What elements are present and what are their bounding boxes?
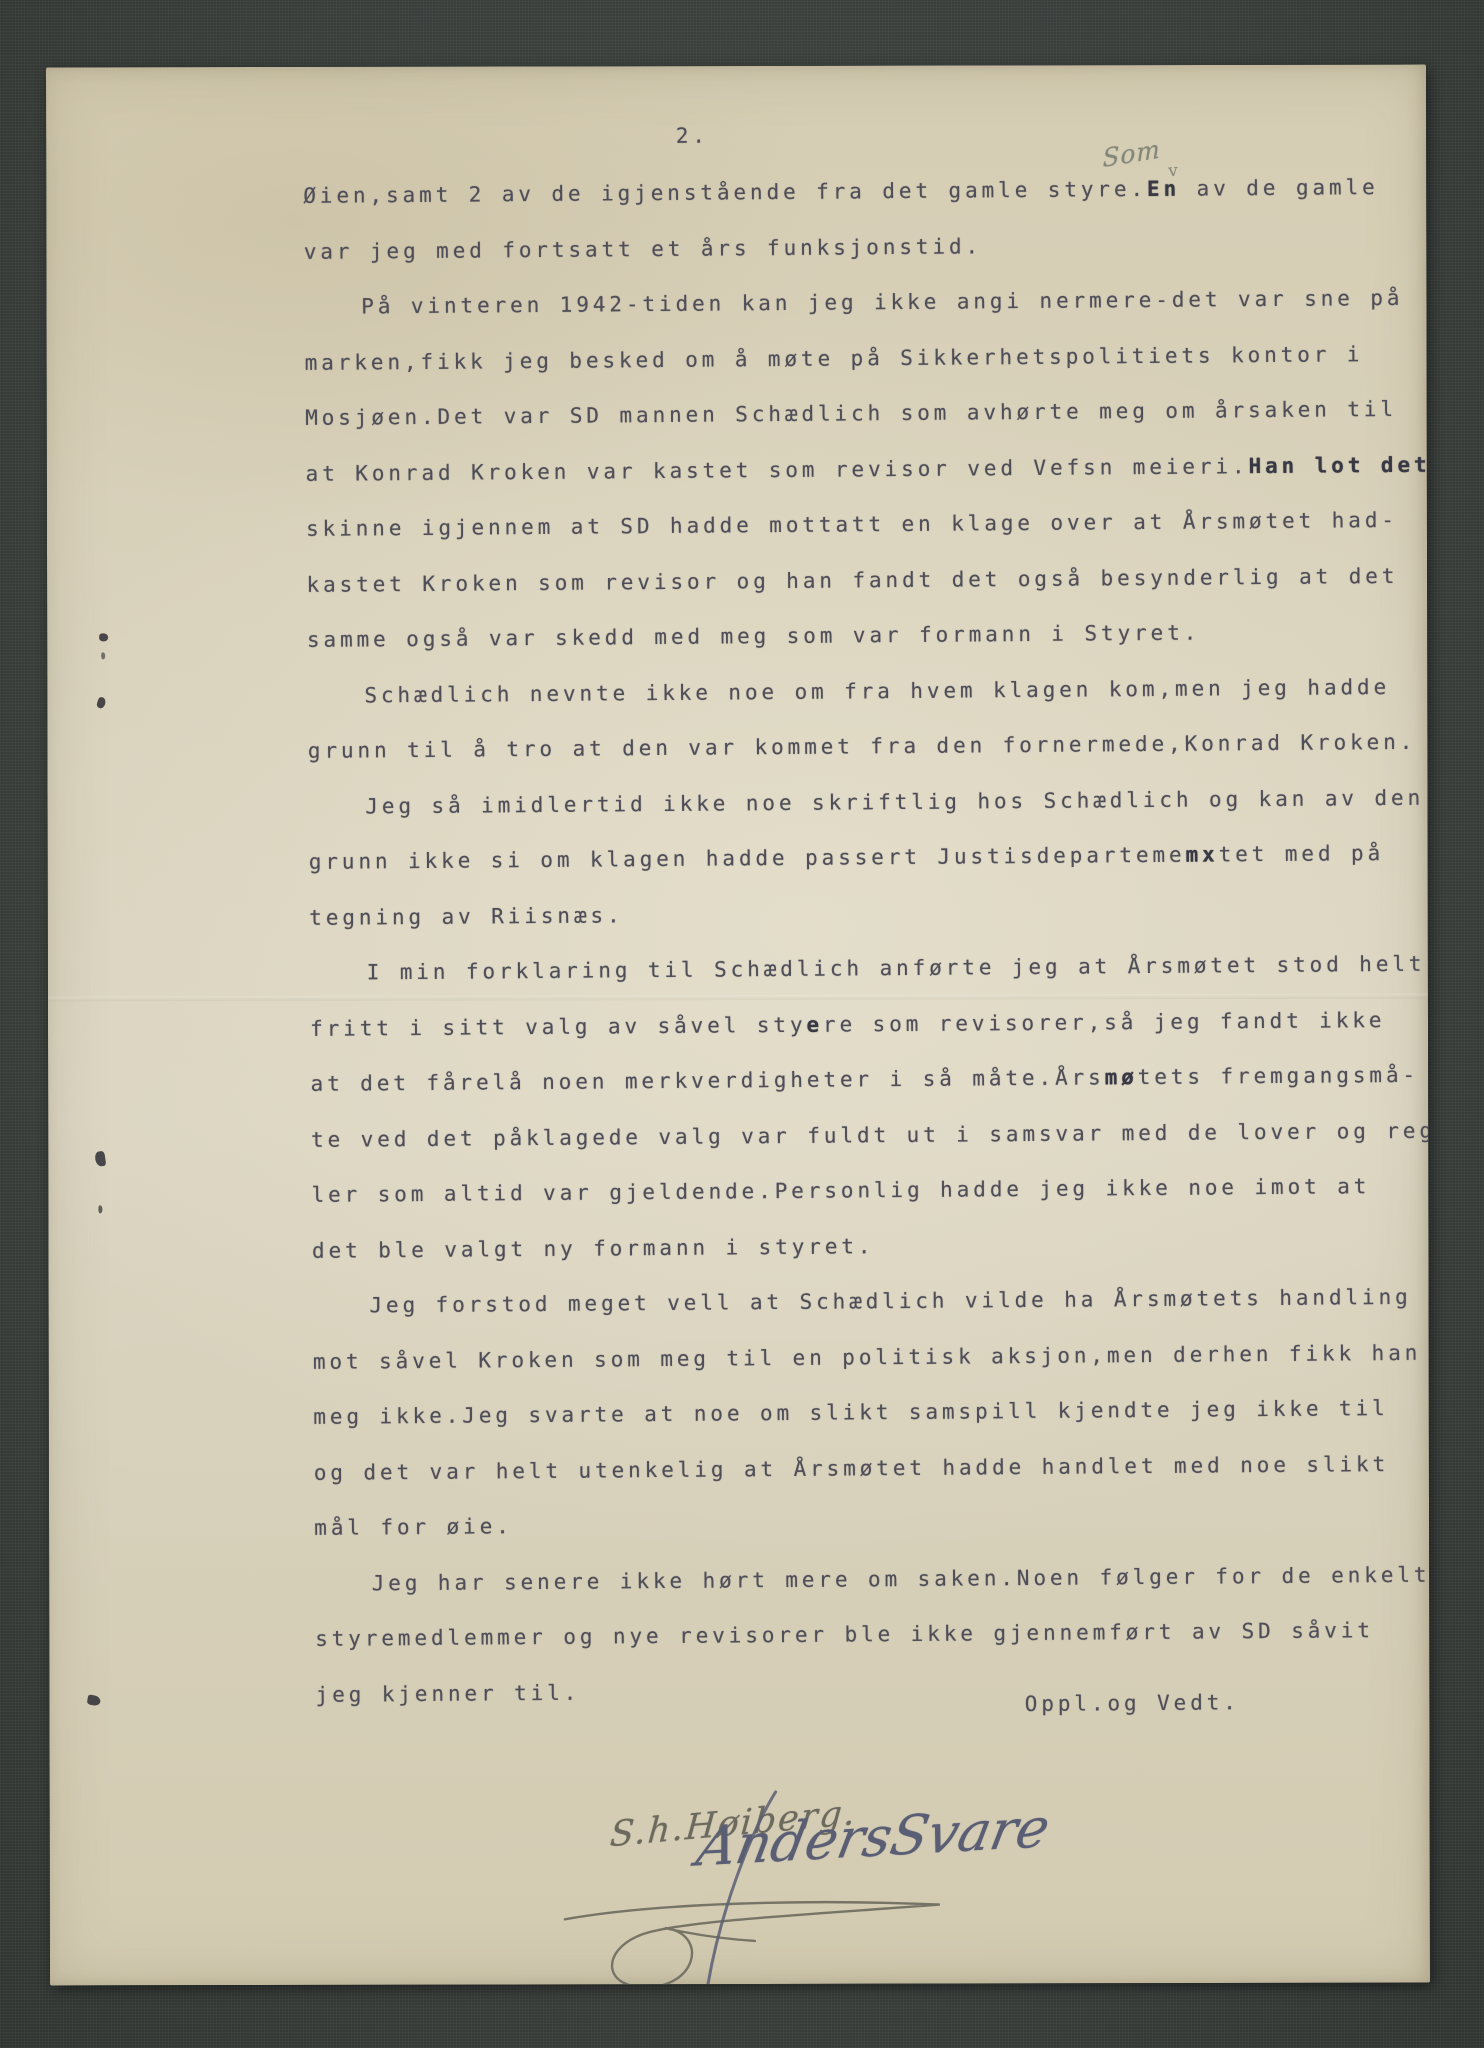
typewritten-line: Jeg har senere ikke hørt mere om saken.N… [315, 1561, 1430, 1626]
typewritten-line: fritt i sitt valg av såvel styere som re… [310, 1006, 1430, 1071]
typewritten-line: skinne igjennem at SD hadde mottatt en k… [306, 507, 1430, 572]
typewritten-line: tegning av Riisnæs. [309, 895, 1430, 960]
typewritten-text: tegning av Riisnæs. [309, 903, 624, 930]
typewritten-line: at Konrad Kroken var kastet som revisor … [305, 451, 1430, 516]
typewritten-text: det ble valgt ny formann i styret. [312, 1234, 875, 1263]
typewritten-line: samme også var skedd med meg som var for… [307, 618, 1430, 683]
typewritten-line: Jeg forstod meget vell at Schædlich vild… [312, 1284, 1430, 1349]
typewritten-layer: 2. Øien,samt 2 av de igjenstående fra de… [46, 65, 1430, 1986]
typewritten-text: av de gamle [1180, 175, 1379, 201]
typewritten-text: var jeg med fortsatt et års funksjonstid… [304, 234, 982, 264]
margin-ink-mark [99, 633, 108, 641]
overstruck-text: e [806, 1012, 823, 1036]
typewritten-line: Øien,samt 2 av de igjenstående fra det g… [303, 174, 1430, 239]
overstruck-text: Han lot det [1248, 452, 1430, 477]
typewritten-line: grunn til å tro at den var kommet fra de… [308, 729, 1430, 794]
typewritten-text: jeg kjenner til. [316, 1680, 581, 1706]
scanned-archive-page: { "page": { "number": "2.", "annotation"… [0, 0, 1484, 2048]
typewritten-text: at det fårelå noen merkverdigheter i så … [311, 1065, 1105, 1096]
typewritten-text: fritt i sitt valg av såvel sty [310, 1012, 806, 1040]
typewritten-line: mot såvel Kroken som meg til en politisk… [313, 1339, 1430, 1404]
margin-ink-mark [101, 652, 105, 659]
typewritten-text: samme også var skedd med meg som var for… [307, 621, 1200, 652]
typewritten-line: Jeg så imidlertid ikke noe skriftlig hos… [308, 784, 1430, 849]
typewritten-text: tet med på [1219, 841, 1385, 866]
typewritten-line: På vinteren 1942-tiden kan jeg ikke angi… [304, 285, 1430, 350]
typewritten-line: grunn ikke si om klagen hadde passert Ju… [309, 840, 1430, 905]
overstruck-text: mø [1105, 1065, 1138, 1089]
typewritten-line: marken,fikk jeg besked om å møte på Sikk… [305, 340, 1430, 405]
typewritten-text-block: Øien,samt 2 av de igjenstående fra det g… [303, 174, 1430, 1737]
insertion-caret-mark: v [1168, 161, 1179, 182]
margin-ink-mark [98, 1205, 102, 1213]
typewritten-line: Mosjøen.Det var SD mannen Schædlich som … [305, 396, 1430, 461]
typewritten-text: Øien,samt 2 av de igjenstående fra det g… [303, 177, 1147, 208]
typewritten-line: Schædlich nevnte ikke noe om fra hvem kl… [307, 673, 1430, 738]
typewritten-line: mål for øie. [314, 1506, 1430, 1571]
typewritten-text: re som revisorer,så jeg fandt ikke [823, 1008, 1386, 1037]
typewritten-line: I min forklaring til Schædlich anførte j… [310, 951, 1430, 1016]
typewritten-line: at det fårelå noen merkverdigheter i så … [310, 1062, 1430, 1127]
signature-pen-stroke [680, 1774, 801, 1986]
page-number: 2. [676, 124, 709, 148]
typewritten-line: ler som altid var gjeldende.Personlig ha… [311, 1173, 1430, 1238]
typewritten-line: meg ikke.Jeg svarte at noe om slikt sams… [313, 1395, 1430, 1460]
typewritten-line: kastet Kroken som revisor og han fandt d… [306, 562, 1430, 627]
typewritten-line: det ble valgt ny formann i styret. [312, 1228, 1430, 1293]
typewritten-text: mål for øie. [314, 1514, 513, 1540]
typewritten-text: tets fremgangsmå- [1138, 1063, 1419, 1089]
typewritten-text: at Konrad Kroken var kastet som revisor … [305, 454, 1248, 486]
closing-note: Oppl.og Vedt. [1025, 1690, 1240, 1716]
typewritten-line: var jeg med fortsatt et års funksjonstid… [304, 229, 1430, 294]
typewritten-line: styremedlemmer og nye revisorer ble ikke… [315, 1617, 1430, 1682]
typewritten-line: te ved det påklagede valg var fuldt ut i… [311, 1117, 1430, 1182]
overstruck-text: mx [1185, 842, 1218, 866]
typewritten-line: jeg kjenner til. [316, 1672, 1431, 1737]
typewritten-text: grunn ikke si om klagen hadde passert Ju… [309, 843, 1186, 874]
typewritten-line: og det var helt utenkelig at Årsmøtet ha… [314, 1450, 1430, 1515]
scanned-paper-sheet: 2. Øien,samt 2 av de igjenstående fra de… [46, 65, 1430, 1986]
